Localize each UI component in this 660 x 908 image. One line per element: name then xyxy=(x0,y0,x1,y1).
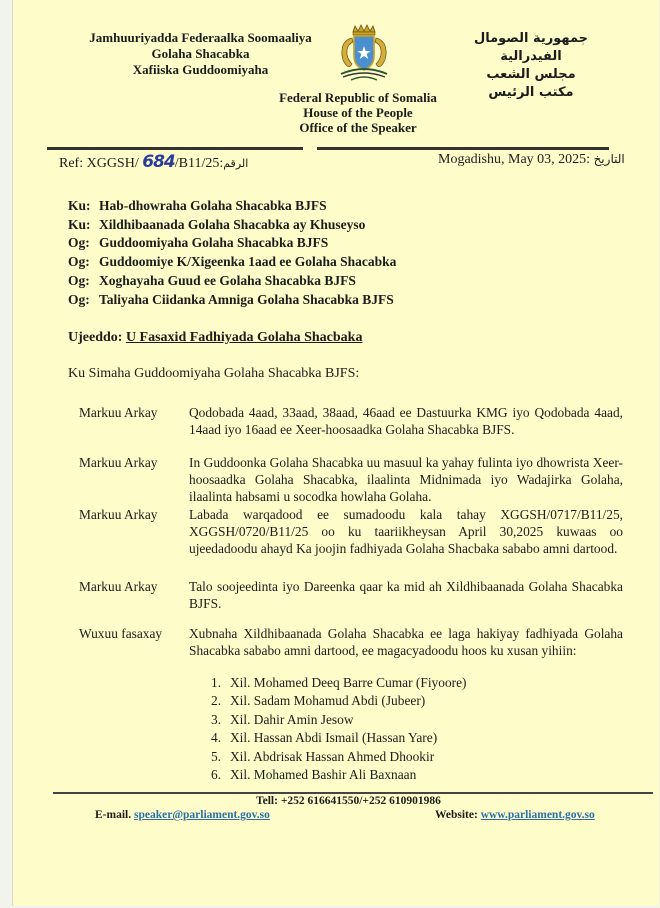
footer-rule xyxy=(53,792,653,794)
member-item: 6.Xil. Mohamed Bashir Ali Baxnaan xyxy=(211,766,467,784)
letterhead-somali-line: Jamhuuriyadda Federaalka Soomaaliya xyxy=(83,30,318,46)
footer-email: E-mail. speaker@parliament.gov.so xyxy=(95,809,270,821)
addressee-item: Og:Guddoomiyaha Golaha Shacabka BJFS xyxy=(68,234,396,253)
clause-text: Talo soojeedinta iyo Dareenka qaar ka mi… xyxy=(189,578,623,612)
clause-label: Wuxuu fasaxay xyxy=(79,625,189,659)
letterhead-arabic-line: مكتب الرئيس xyxy=(451,84,611,102)
header-rule-left xyxy=(47,147,303,150)
footer-telephone: Tell: +252 616641550/+252 610901986 xyxy=(256,795,441,807)
reference-arabic-label: الرقم xyxy=(223,157,248,170)
letterhead-english-line: House of the People xyxy=(278,105,438,120)
member-list: 1.Xil. Mohamed Deeq Barre Cumar (Fiyoore… xyxy=(211,674,467,784)
addressee-item: Og:Guddoomiye K/Xigeenka 1aad ee Golaha … xyxy=(68,253,396,272)
clause-text: Labada warqadood ee sumadoodu kala tahay… xyxy=(189,506,623,557)
email-label: E-mail. xyxy=(95,809,131,821)
member-item: 5.Xil. Abdrisak Hassan Ahmed Dhookir xyxy=(211,748,467,766)
subject-text: U Fasaxid Fadhiyada Golaha Shacbaka xyxy=(126,330,363,345)
clause: Wuxuu fasaxay Xubnaha Xildhibaanada Gola… xyxy=(79,625,623,659)
clause-text: Xubnaha Xildhibaanada Golaha Shacabka ee… xyxy=(189,625,623,659)
letterhead-arabic-line: مجلس الشعب xyxy=(451,66,611,84)
salutation: Ku Simaha Guddoomiyaha Golaha Shacabka B… xyxy=(68,366,359,382)
somalia-coat-of-arms-icon xyxy=(333,24,395,84)
letter-date: Mogadishu, May 03, 2025: التاريخ xyxy=(438,152,625,168)
clause: Markuu Arkay Qodobada 4aad, 33aad, 38aad… xyxy=(79,404,623,438)
date-arabic-label: التاريخ xyxy=(594,152,625,166)
addressee-item: Og:Taliyaha Ciidanka Amniga Golaha Shaca… xyxy=(68,291,396,310)
clause: Markuu Arkay Labada warqadood ee sumadoo… xyxy=(79,506,623,557)
addressee-item: Og:Xoghayaha Guud ee Golaha Shacabka BJF… xyxy=(68,272,396,291)
clause-label: Markuu Arkay xyxy=(79,578,189,612)
footer-website: Website: www.parliament.gov.so xyxy=(435,809,595,821)
email-link[interactable]: speaker@parliament.gov.so xyxy=(134,809,270,821)
website-label: Website: xyxy=(435,809,478,821)
letterhead-english-line: Office of the Speaker xyxy=(278,120,438,135)
letterhead-somali: Jamhuuriyadda Federaalka Soomaaliya Gola… xyxy=(83,30,318,78)
member-item: 4.Xil. Hassan Abdi Ismail (Hassan Yare) xyxy=(211,729,467,747)
clause: Markuu Arkay In Guddoonka Golaha Shacabk… xyxy=(79,454,623,505)
clause-text: Qodobada 4aad, 33aad, 38aad, 46aad ee Da… xyxy=(189,404,623,438)
date-text: Mogadishu, May 03, 2025: xyxy=(438,152,590,167)
addressee-item: Ku:Hab-dhowraha Golaha Shacabka BJFS xyxy=(68,197,396,216)
member-item: 3.Xil. Dahir Amin Jesow xyxy=(211,711,467,729)
clause: Markuu Arkay Talo soojeedinta iyo Dareen… xyxy=(79,578,623,612)
reference-prefix: Ref: XGGSH/ xyxy=(59,156,139,171)
reference-number: Ref: XGGSH/ 684/B11/25:الرقم xyxy=(59,152,248,172)
letterhead-english-line: Federal Republic of Somalia xyxy=(278,90,438,105)
website-link[interactable]: www.parliament.gov.so xyxy=(481,809,595,821)
letterhead-somali-line: Golaha Shacabka xyxy=(83,46,318,62)
handwritten-number: 684 xyxy=(142,152,175,172)
subject-label: Ujeeddo: xyxy=(68,330,122,345)
clause-text: In Guddoonka Golaha Shacabka uu masuul k… xyxy=(189,454,623,505)
subject-line: Ujeeddo: U Fasaxid Fadhiyada Golaha Shac… xyxy=(68,330,362,346)
letterhead-arabic: جمهورية الصومال الفيدرالية مجلس الشعب مك… xyxy=(451,30,611,102)
member-item: 1.Xil. Mohamed Deeq Barre Cumar (Fiyoore… xyxy=(211,674,467,692)
clause-label: Markuu Arkay xyxy=(79,404,189,438)
clause-label: Markuu Arkay xyxy=(79,454,189,505)
clause-label: Markuu Arkay xyxy=(79,506,189,557)
letterhead-somali-line: Xafiiska Guddoomiyaha xyxy=(83,62,318,78)
member-item: 2.Xil. Sadam Mohamud Abdi (Jubeer) xyxy=(211,692,467,710)
addressee-item: Ku:Xildhibaanada Golaha Shacabka ay Khus… xyxy=(68,216,396,235)
letterhead-english: Federal Republic of Somalia House of the… xyxy=(278,90,438,135)
letterhead-arabic-line: جمهورية الصومال الفيدرالية xyxy=(451,30,611,66)
reference-suffix: /B11/25: xyxy=(175,156,224,171)
header-rule-right xyxy=(317,147,609,150)
letter-page: Jamhuuriyadda Federaalka Soomaaliya Gola… xyxy=(12,0,659,906)
addressee-list: Ku:Hab-dhowraha Golaha Shacabka BJFS Ku:… xyxy=(68,197,396,309)
